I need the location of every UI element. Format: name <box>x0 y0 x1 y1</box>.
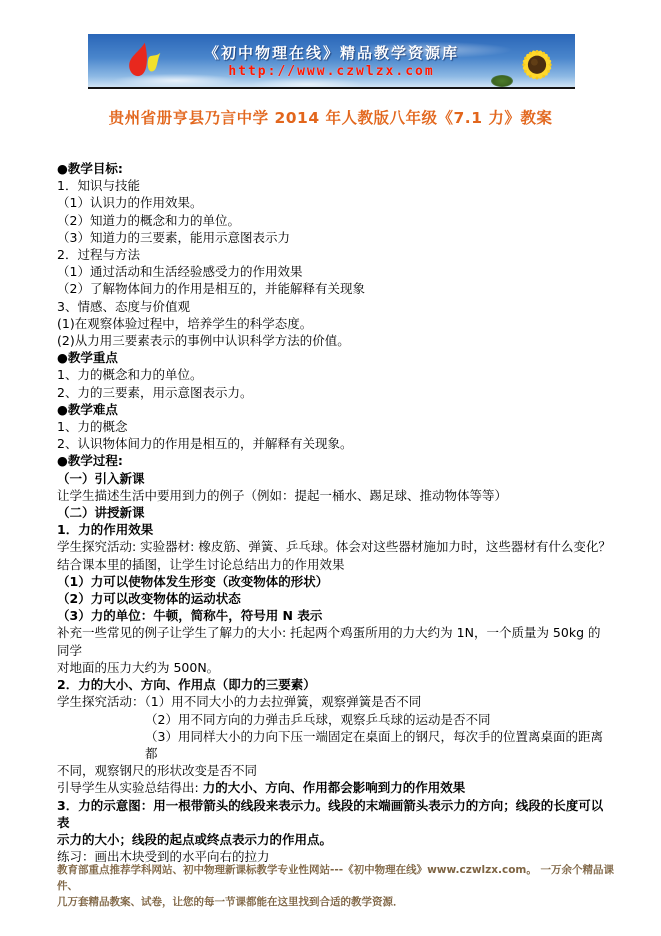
doc-line: （1）力可以使物体发生形变（改变物体的形状） <box>57 573 611 590</box>
doc-line: 不同，观察钢尺的形状改变是否不同 <box>57 762 611 779</box>
doc-line: （二）讲授新课 <box>57 504 611 521</box>
banner-site-title: 《初中物理在线》精品教学资源库 <box>204 42 459 63</box>
doc-line: 示力的大小；线段的起点或终点表示力的作用点。 <box>57 831 611 848</box>
doc-line: 引导学生从实验总结得出: 力的大小、方向、作用都会影响到力的作用效果 <box>57 779 611 796</box>
doc-line: (1)在观察体验过程中，培养学生的科学态度。 <box>57 315 611 332</box>
doc-line: 3．力的示意图：用一根带箭头的线段来表示力。线段的末端画箭头表示力的方向；线段的… <box>57 797 611 831</box>
doc-line: 结合课本里的插图，让学生讨论总结出力的作用效果 <box>57 556 611 573</box>
doc-line: （一）引入新课 <box>57 470 611 487</box>
footer: 教育部重点推荐学科网站、初中物理新课标教学专业性网站---《初中物理在线》www… <box>57 862 619 910</box>
doc-line: （2）力可以改变物体的运动状态 <box>57 590 611 607</box>
doc-line: ●教学过程: <box>57 452 611 469</box>
footer-line: 教育部重点推荐学科网站、初中物理新课标教学专业性网站---《初中物理在线》www… <box>57 862 619 894</box>
doc-line: （1）认识力的作用效果。 <box>57 194 611 211</box>
doc-line: 让学生描述生活中要用到力的例子（例如：提起一桶水、踢足球、推动物体等等） <box>57 487 611 504</box>
doc-line: 1．力的作用效果 <box>57 521 611 538</box>
doc-line: 学生探究活动: 实验器材: 橡皮筋、弹簧、乒乓球。体会对这些器材施加力时，这些器… <box>57 538 611 555</box>
sunflower-icon <box>509 37 565 89</box>
doc-line: 补充一些常见的例子让学生了解力的大小: 托起两个鸡蛋所用的力大约为 1N，一个质… <box>57 624 611 658</box>
doc-line: 对地面的压力大约为 500N。 <box>57 659 611 676</box>
doc-line: ●教学难点 <box>57 401 611 418</box>
banner-site-url: http://www.czwlzx.com <box>228 64 434 79</box>
doc-line: ●教学重点 <box>57 349 611 366</box>
doc-line: 3、情感、态度与价值观 <box>57 298 611 315</box>
doc-line: ●教学目标: <box>57 160 611 177</box>
doc-line: 2．过程与方法 <box>57 246 611 263</box>
doc-line: （3）力的单位：牛顿，简称牛，符号用 N 表示 <box>57 607 611 624</box>
page-title: 贵州省册亨县乃言中学 2014 年人教版八年级《7.1 力》教案 <box>0 106 661 128</box>
doc-content: ●教学目标:1．知识与技能（1）认识力的作用效果。（2）知道力的概念和力的单位。… <box>57 160 611 865</box>
document-page: 《初中物理在线》精品教学资源库 http://www.czwlzx.com <box>0 0 661 936</box>
doc-line: 1．知识与技能 <box>57 177 611 194</box>
doc-line: (2)从力用三要素表示的事例中认识科学方法的价值。 <box>57 332 611 349</box>
doc-line: 2、力的三要素，用示意图表示力。 <box>57 384 611 401</box>
doc-line: 学生探究活动：（1）用不同大小的力去拉弹簧，观察弹簧是否不同 <box>57 693 611 710</box>
doc-line: （1）通过活动和生活经验感受力的作用效果 <box>57 263 611 280</box>
doc-line: 1、力的概念和力的单位。 <box>57 366 611 383</box>
doc-line: （2）了解物体间力的作用是相互的，并能解释有关现象 <box>57 280 611 297</box>
doc-line: （3）用同样大小的力向下压一端固定在桌面上的钢尺，每次手的位置离桌面的距离都 <box>57 728 611 762</box>
doc-line: 2、认识物体间力的作用是相互的，并解释有关现象。 <box>57 435 611 452</box>
footer-line: 几万套精品教案、试卷，让您的每一节课都能在这里找到合适的教学资源． <box>57 894 619 910</box>
doc-line: （2）知道力的概念和力的单位。 <box>57 212 611 229</box>
doc-line: （3）知道力的三要素，能用示意图表示力 <box>57 229 611 246</box>
doc-line: 1、力的概念 <box>57 418 611 435</box>
doc-line: 2．力的大小、方向、作用点（即力的三要素） <box>57 676 611 693</box>
site-banner: 《初中物理在线》精品教学资源库 http://www.czwlzx.com <box>88 34 575 89</box>
doc-line: （2）用不同方向的力弹击乒乓球，观察乒乓球的运动是否不同 <box>57 711 611 728</box>
